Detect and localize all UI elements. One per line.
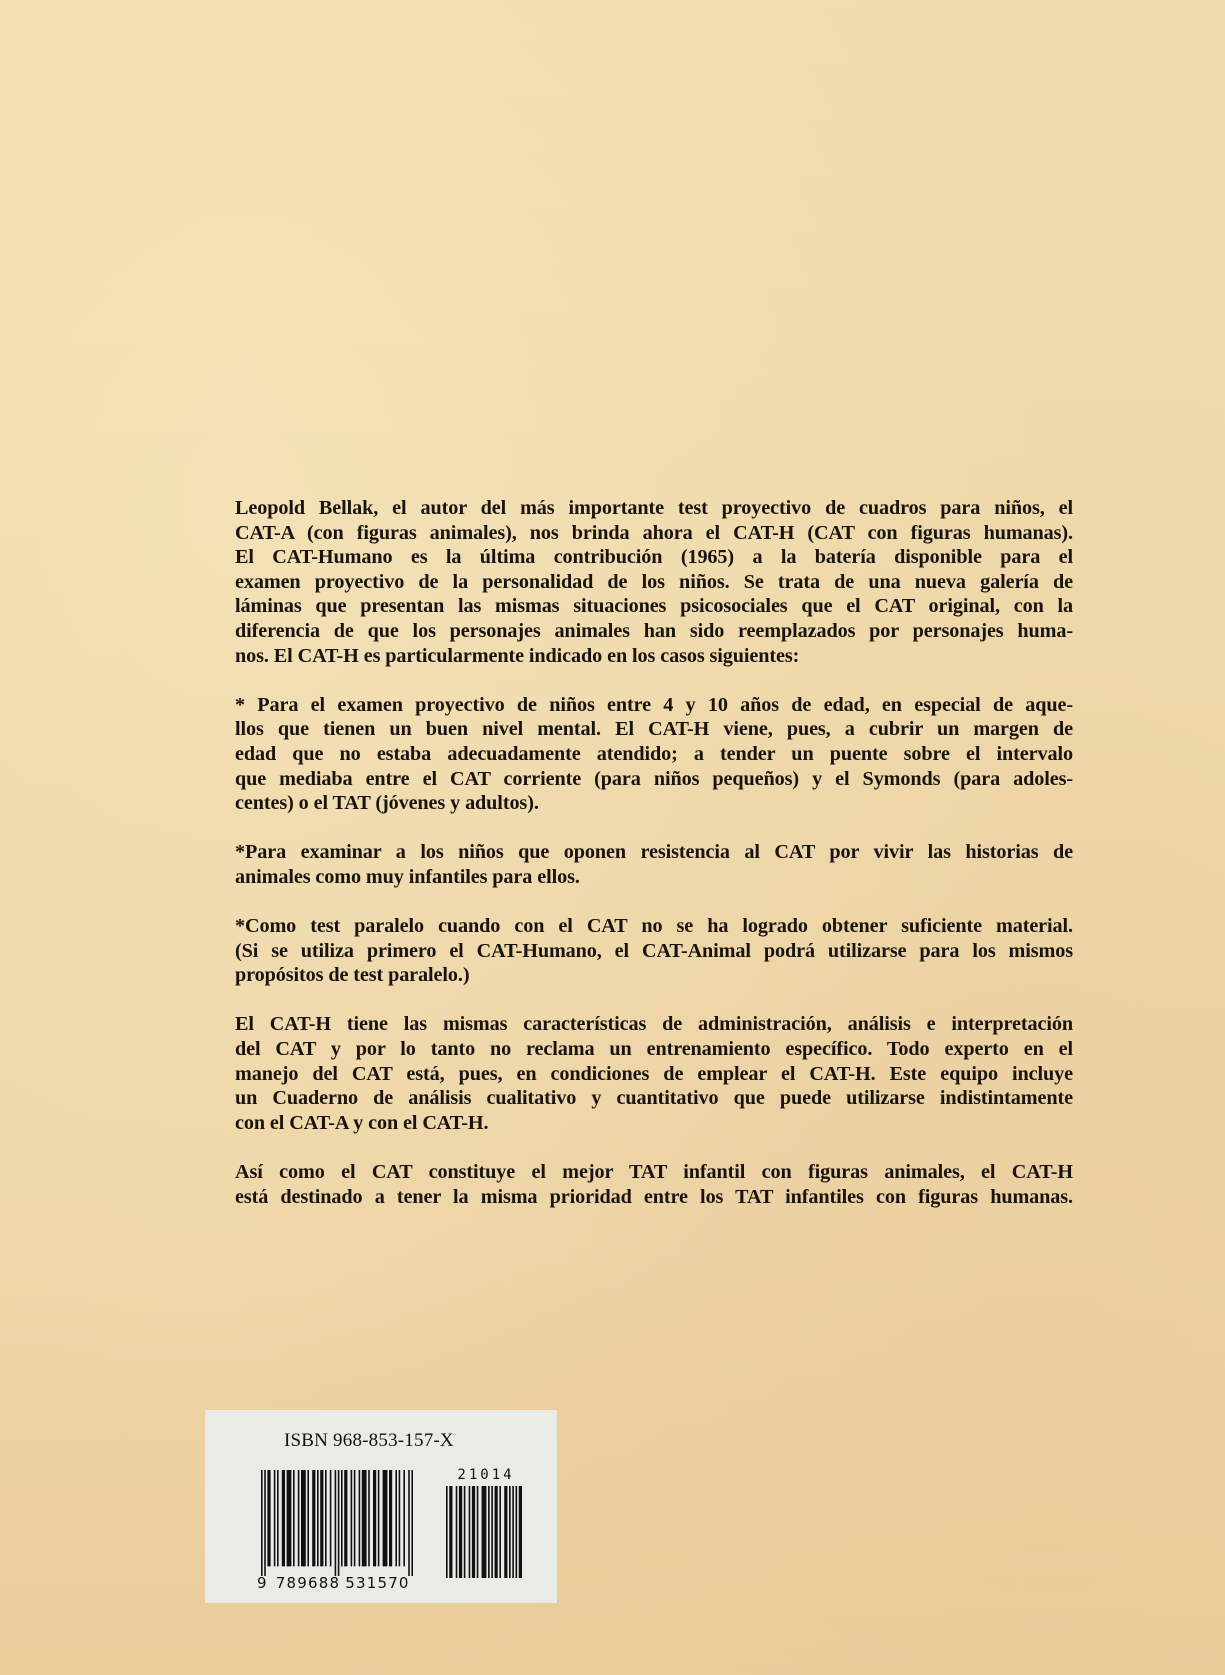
text-line: edad que no estaba adecuadamente atendid… <box>235 742 1073 767</box>
text-line: nos. El CAT-H es particularmente indicad… <box>235 644 1073 669</box>
text-line: CAT-A (con figuras animales), nos brinda… <box>235 521 1073 546</box>
text-line: El CAT-H tiene las mismas característica… <box>235 1012 1073 1037</box>
text-line: examen proyectivo de la personalidad de … <box>235 570 1073 595</box>
text-line: diferencia de que los personajes animale… <box>235 619 1073 644</box>
text-line: animales como muy infantiles para ellos. <box>235 865 1073 890</box>
back-cover-blurb: Leopold Bellak, el autor del más importa… <box>235 496 1073 1209</box>
text-line: Leopold Bellak, el autor del más importa… <box>235 496 1073 521</box>
text-line: del CAT y por lo tanto no reclama un ent… <box>235 1037 1073 1062</box>
isbn-number: ISBN 968-853-157-X <box>205 1430 557 1452</box>
text-line: *Para examinar a los niños que oponen re… <box>235 840 1073 865</box>
ean-left-group: 789688 <box>276 1574 340 1592</box>
book-back-cover: { "cover": { "background_color": "#efd9a… <box>0 0 1225 1675</box>
addon-barcode-icon <box>446 1486 522 1578</box>
text-line: *Como test paralelo cuando con el CAT no… <box>235 914 1073 939</box>
text-line: que mediaba entre el CAT corriente (para… <box>235 767 1073 792</box>
price-addon-digits: 21014 <box>446 1467 526 1483</box>
text-line: centes) o el TAT (jóvenes y adultos). <box>235 791 1073 816</box>
ean13-barcode-icon <box>261 1470 413 1576</box>
ean-right-group: 531570 <box>345 1574 409 1592</box>
paragraph-conclusion: Así como el CAT constituye el mejor TAT … <box>235 1160 1073 1209</box>
text-line: propósitos de test paralelo.) <box>235 963 1073 988</box>
text-line: Así como el CAT constituye el mejor TAT … <box>235 1160 1073 1185</box>
text-line: (Si se utiliza primero el CAT-Humano, el… <box>235 939 1073 964</box>
ean-first-digit: 9 <box>257 1574 268 1592</box>
paragraph-bullet-parallel-test: *Como test paralelo cuando con el CAT no… <box>235 914 1073 988</box>
text-line: está destinado a tener la misma priorida… <box>235 1185 1073 1210</box>
text-line: llos que tienen un buen nivel mental. El… <box>235 717 1073 742</box>
paragraph-characteristics: El CAT-H tiene las mismas característica… <box>235 1012 1073 1135</box>
paragraph-bullet-age-range: * Para el examen proyectivo de niños ent… <box>235 693 1073 816</box>
text-line: manejo del CAT está, pues, en condicione… <box>235 1062 1073 1087</box>
text-line: con el CAT-A y con el CAT-H. <box>235 1111 1073 1136</box>
text-line: láminas que presentan las mismas situaci… <box>235 594 1073 619</box>
text-line: un Cuaderno de análisis cualitativo y cu… <box>235 1086 1073 1111</box>
text-line: * Para el examen proyectivo de niños ent… <box>235 693 1073 718</box>
text-line: El CAT-Humano es la última contribución … <box>235 545 1073 570</box>
ean13-digits: 9789688531570 <box>257 1574 410 1592</box>
paragraph-intro: Leopold Bellak, el autor del más importa… <box>235 496 1073 668</box>
isbn-barcode-label: ISBN 968-853-157-X 21014 <box>205 1410 557 1603</box>
paragraph-bullet-resistance: *Para examinar a los niños que oponen re… <box>235 840 1073 889</box>
